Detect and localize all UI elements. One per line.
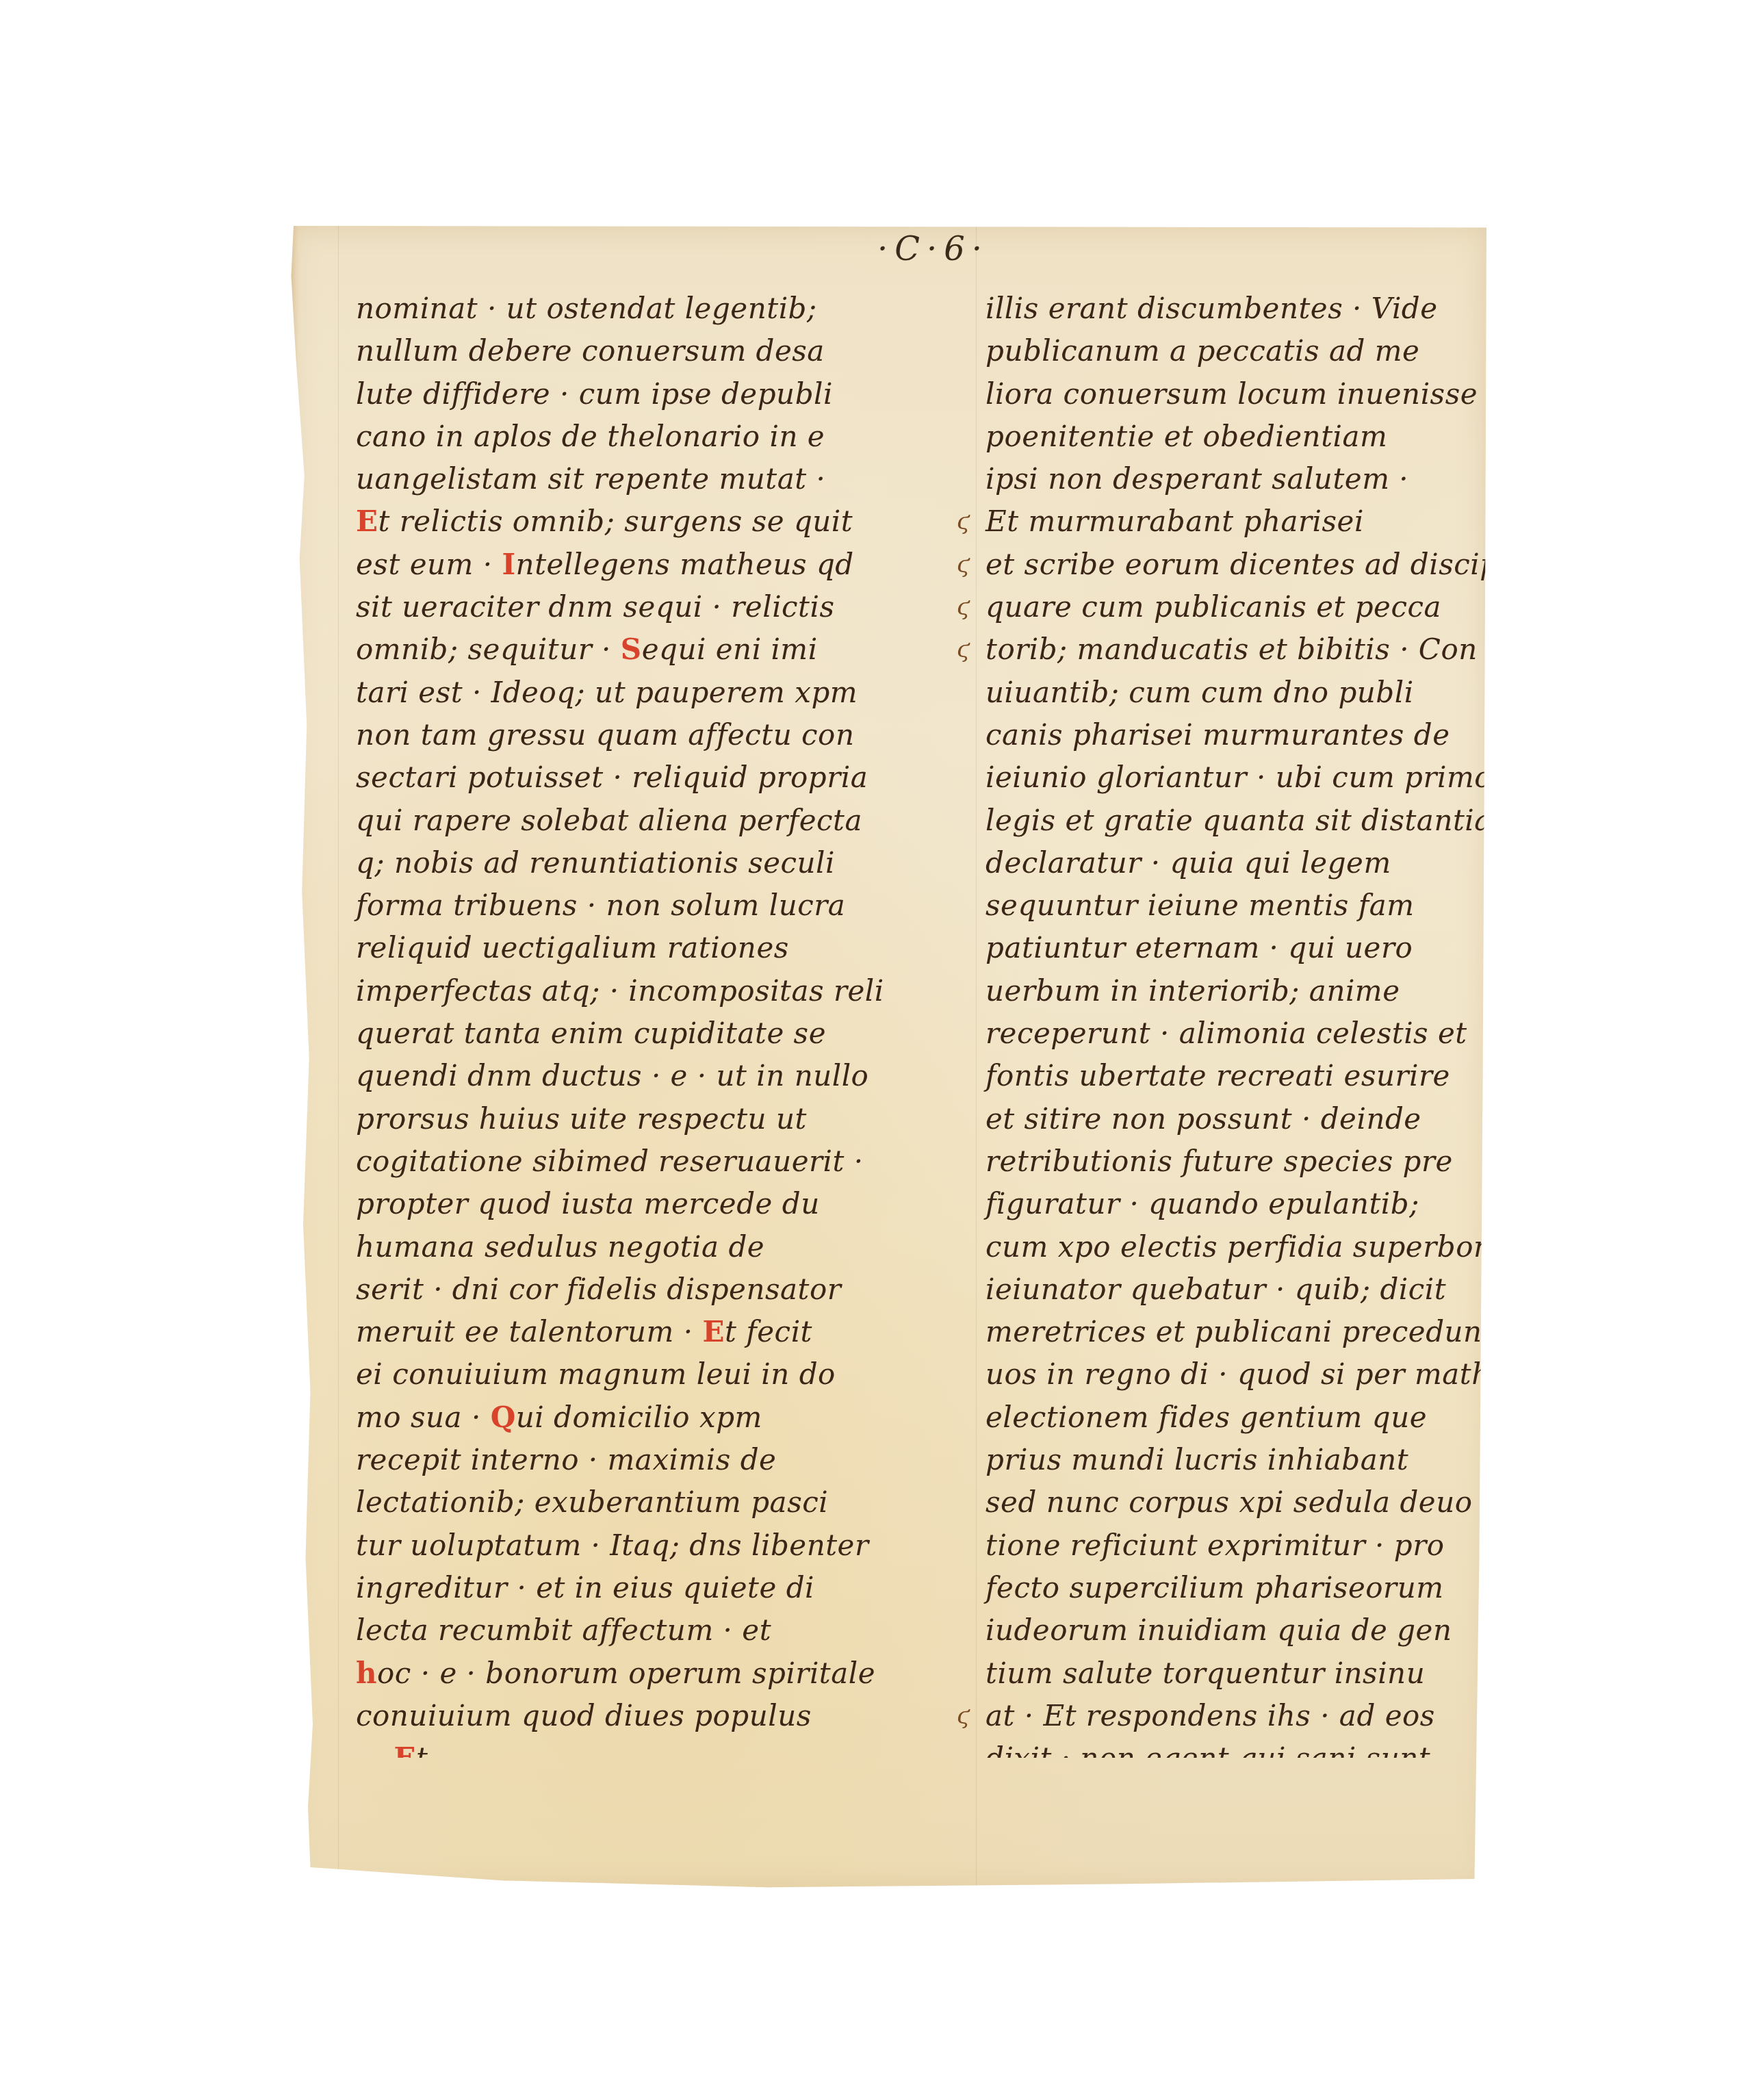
text-line: omnib; sequitur · Sequi eni imi [356, 628, 917, 671]
text-line: uangelistam sit repente mutat · [356, 458, 917, 500]
text-line: q; nobis ad renuntiationis seculi [356, 842, 917, 884]
text-line: electionem fides gentium que [985, 1396, 1492, 1439]
text-line-content: et scribe eorum dicentes ad discipulos [985, 548, 1560, 581]
text-line-content: quare cum publicanis et pecca [985, 590, 1441, 624]
rubricated-initial: E [356, 504, 378, 538]
text-line: figuratur · quando epulantib; [985, 1183, 1492, 1225]
text-line: ingreditur · et in eius quiete di [356, 1567, 917, 1609]
text-line: fecto supercilium phariseorum [985, 1567, 1492, 1609]
rubricated-initial: S [621, 632, 642, 666]
text-line: propter quod iusta mercede du [356, 1183, 917, 1225]
text-line: tione reficiunt exprimitur · pro [985, 1524, 1492, 1567]
text-line: ϛ Et murmurabant pharisei [985, 500, 1492, 543]
rubricated-initial: h [356, 1656, 377, 1690]
text-line: publicanum a peccatis ad me [985, 330, 1492, 372]
rubricated-initial: E [394, 1741, 416, 1758]
text-line: fontis ubertate recreati esurire [985, 1055, 1492, 1097]
text-line-content: torib; manducatis et bibitis · Con [985, 632, 1478, 666]
text-line: sit ueraciter dnm sequi · relictis [356, 586, 917, 628]
text-line: mo sua · Qui domicilio xpm [356, 1396, 917, 1439]
text-line: sequuntur ieiune mentis fam [985, 884, 1492, 927]
text-line: ϛ at · Et respondens ihs · ad eos [985, 1695, 1492, 1737]
text-line: humana sedulus negotia de [356, 1226, 917, 1268]
text-line: ipsi non desperant salutem · [985, 458, 1492, 500]
text-line: reliquid uectigalium rationes [356, 927, 917, 969]
rubricated-initial: E [702, 1315, 725, 1348]
text-line: quendi dnm ductus · e · ut in nullo [356, 1055, 917, 1097]
text-line: nominat · ut ostendat legentib; [356, 287, 917, 330]
margin-mark: ϛ [957, 543, 970, 586]
text-line: tur uoluptatum · Itaq; dns libenter [356, 1524, 917, 1567]
margin-mark: ϛ [957, 500, 970, 543]
text-line: patiuntur eternam · qui uero [985, 927, 1492, 969]
text-line: ϛ quare cum publicanis et pecca [985, 586, 1492, 628]
text-line: ϛ torib; manducatis et bibitis · Con [985, 628, 1492, 671]
margin-mark: ϛ [957, 1695, 970, 1737]
text-line: nullum debere conuersum desa [356, 330, 917, 372]
text-line: tium salute torquentur insinu [985, 1652, 1492, 1695]
text-line: serit · dni cor fidelis dispensator [356, 1268, 917, 1311]
text-line: cano in aplos de thelonario in e [356, 415, 917, 458]
text-line: receperunt · alimonia celestis et [985, 1012, 1492, 1055]
margin-mark: ϛ [957, 586, 970, 628]
text-line: cogitatione sibimed reseruauerit · [356, 1140, 917, 1183]
text-line: lectationib; exuberantium pasci [356, 1481, 917, 1524]
text-line-cut-off: dixit · non egent qui sani sunt [985, 1737, 1492, 1758]
rubricated-initial: I [502, 548, 515, 581]
text-line: est eum · Intellegens matheus qd [356, 543, 917, 586]
text-line: canis pharisei murmurantes de [985, 714, 1492, 756]
text-line: lecta recumbit affectum · et [356, 1609, 917, 1652]
text-line: uos in regno di · quod si per mathei [985, 1353, 1492, 1396]
text-line: meruit ee talentorum · Et fecit [356, 1311, 917, 1353]
text-line: ei conuiuium magnum leui in do [356, 1353, 917, 1396]
text-line: declaratur · quia qui legem [985, 842, 1492, 884]
text-line: legis et gratie quanta sit distantia [985, 799, 1492, 842]
text-line: uerbum in interiorib; anime [985, 970, 1492, 1012]
text-line: prius mundi lucris inhiabant [985, 1439, 1492, 1481]
text-line: querat tanta enim cupiditate se [356, 1012, 917, 1055]
ruling-line-left-outer [338, 226, 339, 1891]
right-column: illis erant discumbentes · Vide publican… [985, 287, 1492, 1758]
text-line-content: at · Et respondens ihs · ad eos [985, 1699, 1435, 1732]
text-line: prorsus huius uite respectu ut [356, 1098, 917, 1140]
text-line: ϛ et scribe eorum dicentes ad discipulos [985, 543, 1492, 586]
text-line: lute diffidere · cum ipse depubli [356, 373, 917, 415]
text-line: cum xpo electis perfidia superborum [985, 1226, 1492, 1268]
text-line: ieiunator quebatur · quib; dicit [985, 1268, 1492, 1311]
text-line: conuiuium quod diues populus [356, 1695, 917, 1737]
text-line: uiuantib; cum cum dno publi [985, 671, 1492, 714]
text-line-rubricated: Et relictis omnib; surgens se quit [356, 500, 917, 543]
text-line: meretrices et publicani precedunt [985, 1311, 1492, 1353]
text-line: illis erant discumbentes · Vide [985, 287, 1492, 330]
left-column: nominat · ut ostendat legentib; nullum d… [356, 287, 917, 1758]
text-line: sectari potuisset · reliquid propria [356, 756, 917, 799]
margin-mark: ϛ [957, 628, 970, 671]
text-line: liora conuersum locum inuenisse [985, 373, 1492, 415]
text-line: ieiunio gloriantur · ubi cum primo [985, 756, 1492, 799]
text-line: iudeorum inuidiam quia de gen [985, 1609, 1492, 1652]
text-line: qui rapere solebat aliena perfecta [356, 799, 917, 842]
text-line: imperfectas atq; · incompositas reli [356, 970, 917, 1012]
text-line: hoc · e · bonorum operum spiritale [356, 1652, 917, 1695]
text-line: sed nunc corpus xpi sedula deuo [985, 1481, 1492, 1524]
running-title: ·C·6· [877, 230, 989, 268]
manuscript-leaf: ·C·6· nominat · ut ostendat legentib; nu… [289, 226, 1486, 1891]
text-line: et sitire non possunt · deinde [985, 1098, 1492, 1140]
text-line: non tam gressu quam affectu con [356, 714, 917, 756]
edge-stain [289, 226, 298, 1891]
text-line: recepit interno · maximis de [356, 1439, 917, 1481]
text-line-content: Et murmurabant pharisei [985, 504, 1364, 538]
text-line: poenitentie et obedientiam [985, 415, 1492, 458]
text-line: retributionis future species pre [985, 1140, 1492, 1183]
ruling-line-center [976, 226, 977, 1891]
text-line: tari est · Ideoq; ut pauperem xpm [356, 671, 917, 714]
rubricated-initial: Q [491, 1400, 516, 1434]
text-line: forma tribuens · non solum lucra [356, 884, 917, 927]
text-line-cut-off: ... Et ... [356, 1737, 917, 1758]
